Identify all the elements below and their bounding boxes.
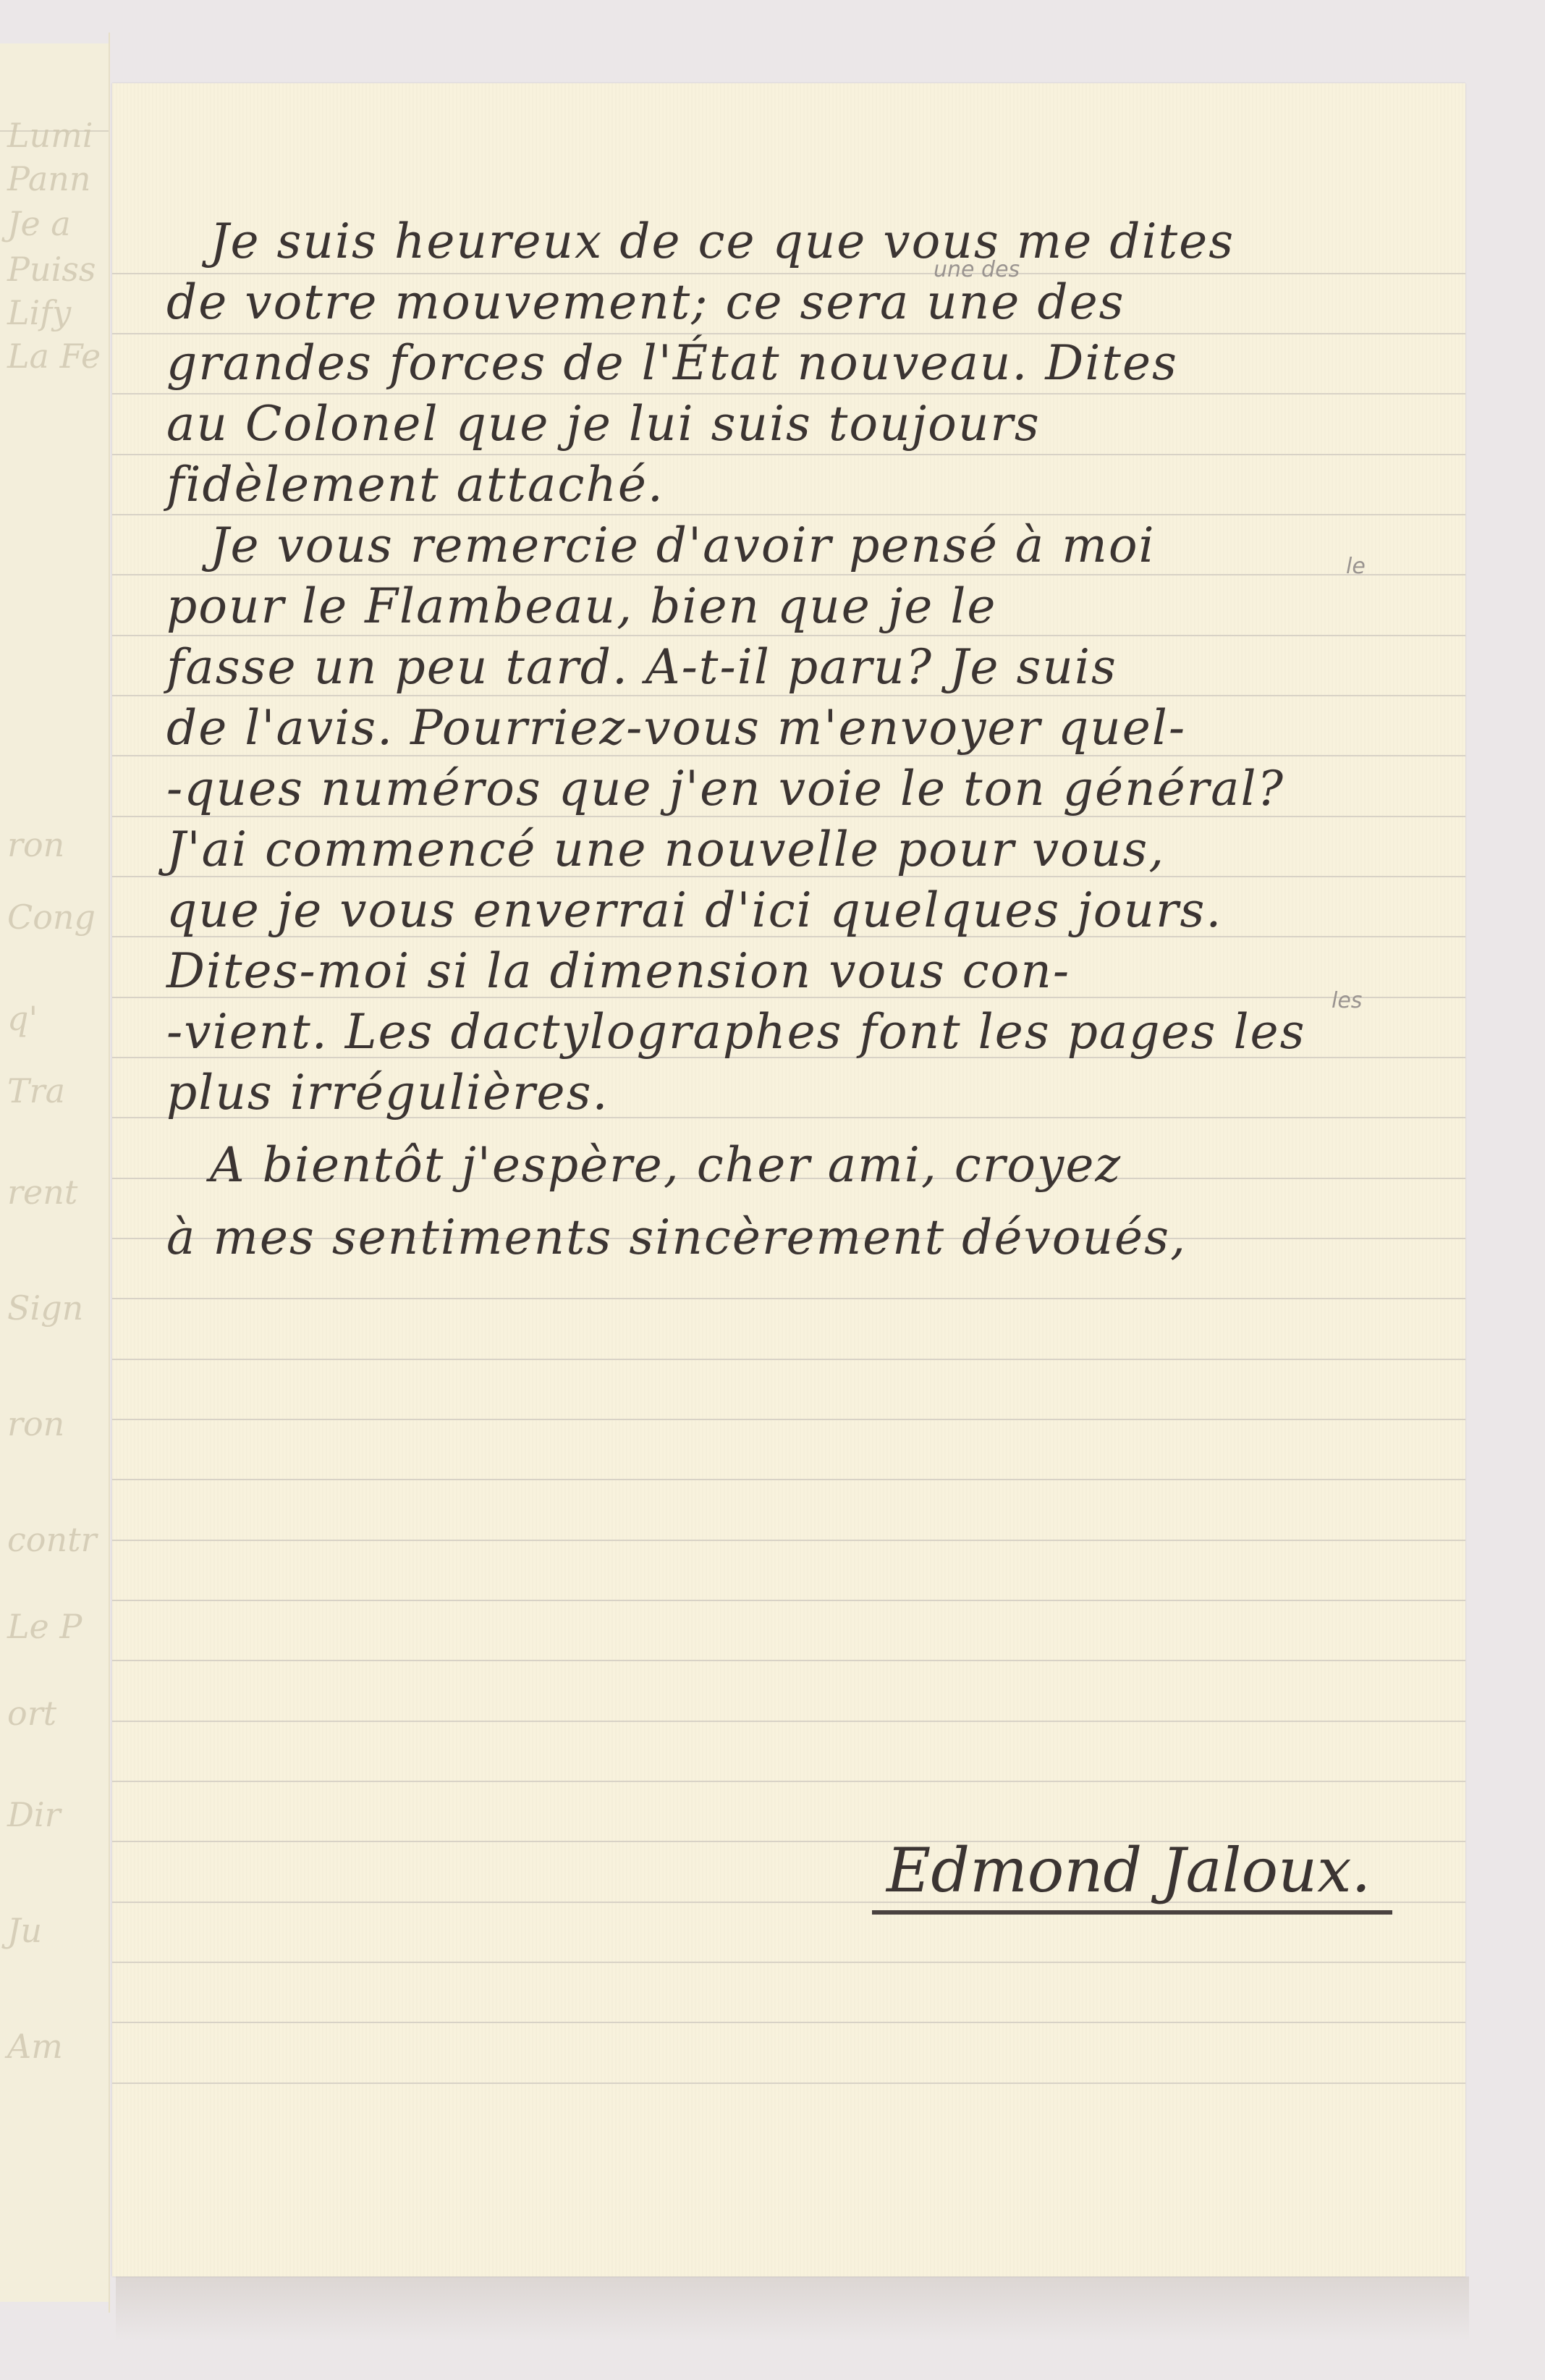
letter-line: fasse un peu tard. A-t-il paru? Je suis bbox=[166, 639, 1117, 695]
ruled-line bbox=[112, 1359, 1465, 1360]
book-spine bbox=[109, 33, 110, 2313]
letter-line: Je vous remercie d'avoir pensé à moi bbox=[210, 518, 1156, 573]
signature: Edmond Jaloux. bbox=[872, 1835, 1392, 1915]
bleed-through-text: Lumi bbox=[7, 116, 93, 155]
letter-line: pour le Flambeau, bien que je le bbox=[166, 578, 997, 634]
ruled-line bbox=[112, 1781, 1465, 1782]
bleed-through-text: Lify bbox=[7, 293, 71, 332]
letter-line: de votre mouvement; ce sera une des bbox=[166, 274, 1125, 330]
bleed-through-text: Pann bbox=[7, 159, 91, 198]
bleed-through-text: Le P bbox=[7, 1607, 82, 1646]
bleed-through-text: ort bbox=[7, 1694, 56, 1733]
ruled-line bbox=[112, 1962, 1465, 1963]
ruled-line bbox=[112, 1479, 1465, 1480]
ruled-line bbox=[112, 333, 1465, 334]
ruled-line bbox=[112, 1540, 1465, 1541]
letter-line: grandes forces de l'État nouveau. Dites bbox=[166, 335, 1178, 391]
ruled-line bbox=[112, 2082, 1465, 2084]
page-shadow bbox=[116, 2276, 1469, 2342]
ruled-line bbox=[112, 1419, 1465, 1420]
left-facing-page: Lumi Pann Je a Puiss Lify La Fe ron Cong… bbox=[0, 43, 109, 2302]
bleed-through-text: Sign bbox=[7, 1288, 83, 1328]
ruled-line bbox=[112, 635, 1465, 636]
letter-line: à mes sentiments sincèrement dévoués, bbox=[166, 1210, 1187, 1265]
bleed-through-text: La Fe bbox=[7, 337, 101, 376]
letter-page: Je suis heureux de ce que vous me dites … bbox=[112, 83, 1465, 2276]
letter-line: Dites-moi si la dimension vous con- bbox=[166, 943, 1070, 999]
letter-line: -ques numéros que j'en voie le ton génér… bbox=[166, 761, 1284, 816]
letter-line: J'ai commencé une nouvelle pour vous, bbox=[166, 822, 1165, 877]
bleed-through-text: Cong bbox=[7, 898, 96, 937]
ruled-line bbox=[112, 393, 1465, 394]
ruled-line bbox=[112, 454, 1465, 455]
bleed-through-text: ron bbox=[7, 825, 64, 864]
bleed-through-text: Tra bbox=[7, 1071, 65, 1110]
letter-line: plus irrégulières. bbox=[166, 1065, 609, 1121]
bleed-through-text: Puiss bbox=[7, 250, 96, 289]
bleed-through-text: Ju bbox=[7, 1911, 42, 1950]
pencil-annotation: une des bbox=[934, 257, 1020, 282]
ruled-line bbox=[112, 2022, 1465, 2023]
pencil-annotation: les bbox=[1332, 988, 1362, 1013]
bleed-through-text: rent bbox=[7, 1173, 77, 1212]
bleed-through-text: q' bbox=[7, 999, 38, 1038]
pencil-annotation: le bbox=[1346, 554, 1366, 579]
bleed-through-text: contr bbox=[7, 1520, 97, 1559]
letter-line: que je vous enverrai d'ici quelques jour… bbox=[166, 882, 1222, 938]
ruled-line bbox=[112, 1660, 1465, 1661]
bleed-through-text: Dir bbox=[7, 1795, 61, 1834]
letter-line: fidèlement attaché. bbox=[166, 457, 664, 512]
letter-line: Je suis heureux de ce que vous me dites bbox=[210, 214, 1235, 269]
bleed-through-text: Am bbox=[7, 2027, 63, 2066]
letter-line: -vient. Les dactylographes font les page… bbox=[166, 1004, 1305, 1060]
ruled-line bbox=[112, 695, 1465, 696]
ruled-line bbox=[112, 514, 1465, 515]
letter-line: au Colonel que je lui suis toujours bbox=[166, 396, 1041, 452]
bleed-through-text: ron bbox=[7, 1404, 64, 1443]
ruled-line bbox=[112, 1298, 1465, 1299]
ruled-line bbox=[112, 1721, 1465, 1722]
ruled-line bbox=[112, 574, 1465, 575]
ruled-line bbox=[112, 1600, 1465, 1601]
letter-line: de l'avis. Pourriez-vous m'envoyer quel- bbox=[166, 700, 1186, 756]
letter-line: A bientôt j'espère, cher ami, croyez bbox=[210, 1137, 1122, 1193]
bleed-through-text: Je a bbox=[7, 204, 71, 243]
